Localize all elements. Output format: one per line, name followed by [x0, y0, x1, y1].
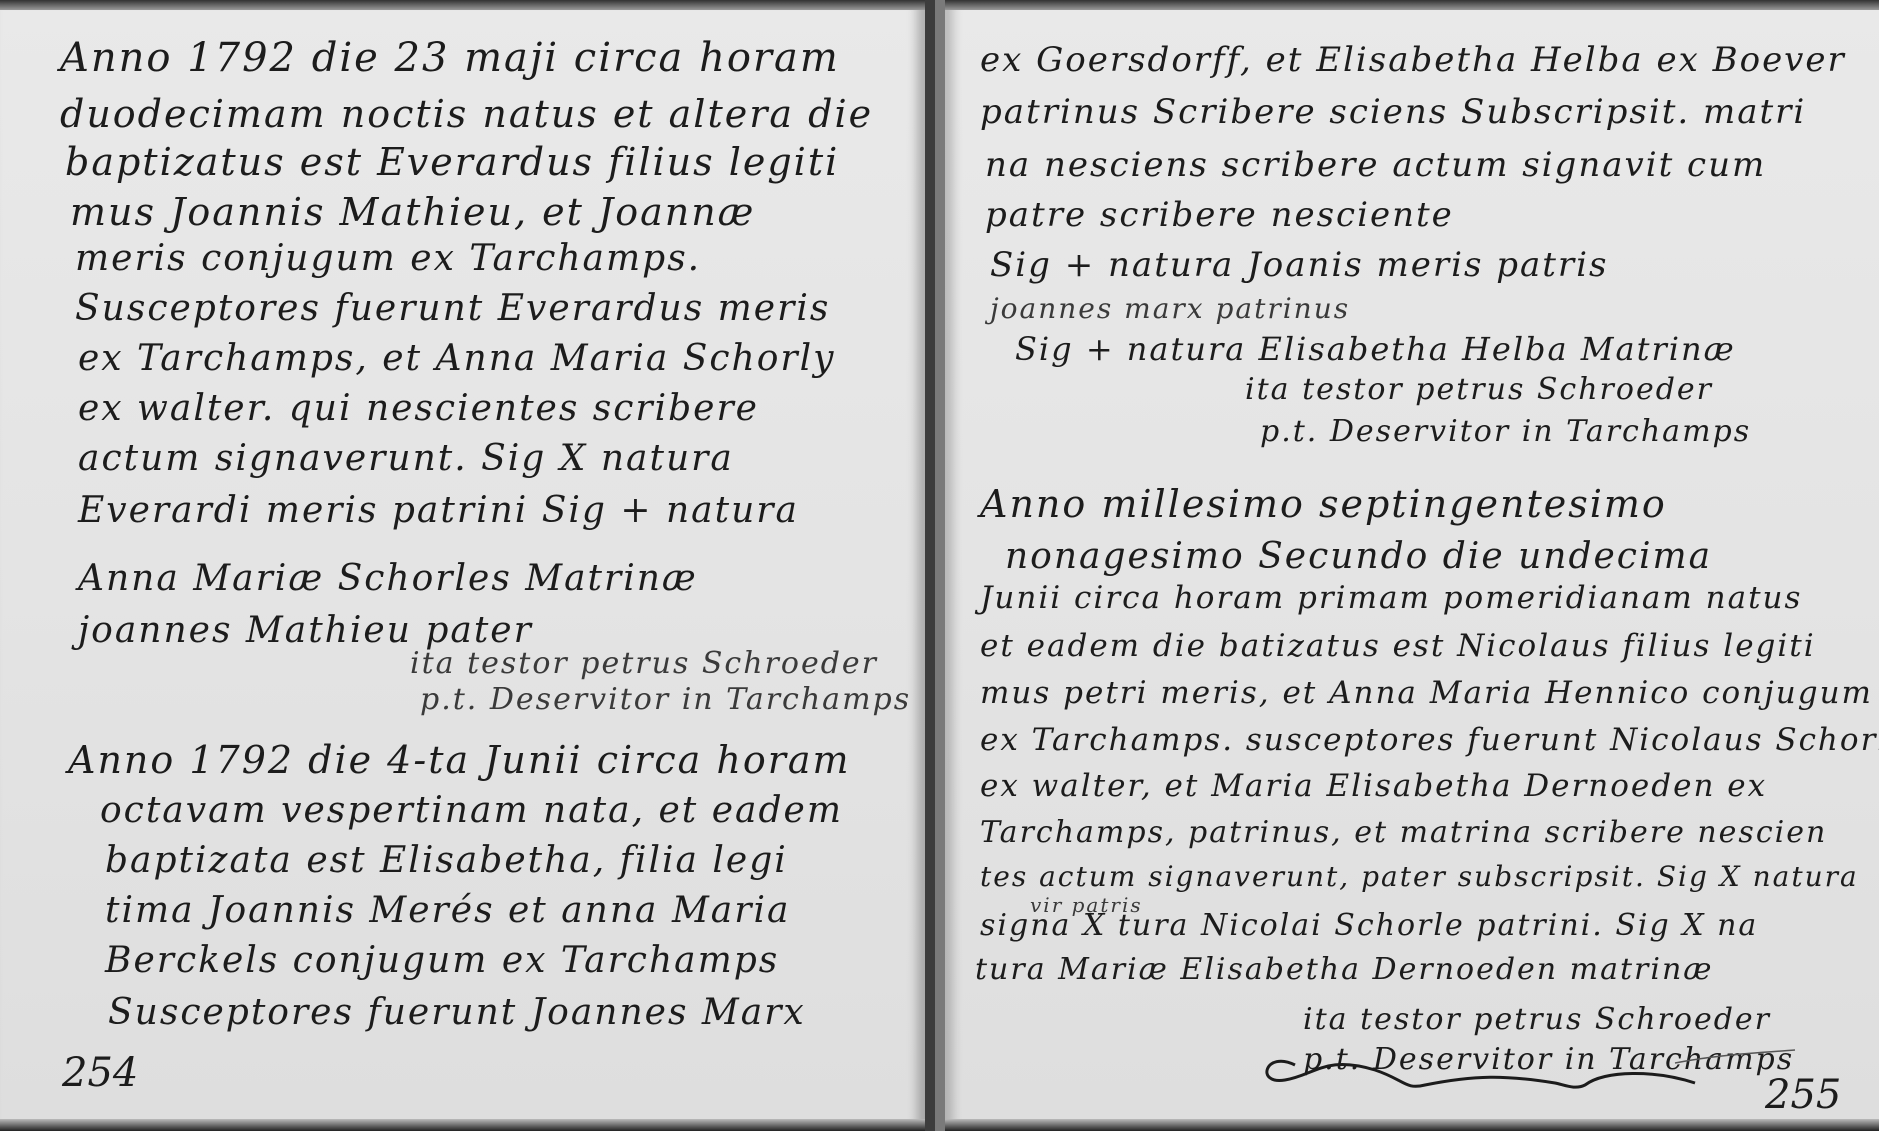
handwritten-line: patrinus Scribere sciens Subscripsit. ma…	[980, 92, 1806, 132]
handwritten-line: ex walter. qui nescientes scribere	[78, 388, 759, 429]
handwritten-line: ex Tarchamps, et Anna Maria Schorly	[78, 338, 835, 379]
handwritten-line: Everardi meris patrini Sig + natura	[78, 490, 799, 531]
left-page: Anno 1792 die 23 maji circa horam duodec…	[0, 0, 931, 1131]
handwritten-line: ex walter, et Maria Elisabetha Dernoeden…	[980, 768, 1767, 804]
handwritten-line: duodecimam noctis natus et altera die	[60, 92, 873, 136]
page-bottom-edge	[945, 1119, 1879, 1131]
handwritten-line: Anno 1792 die 23 maji circa horam	[60, 35, 840, 81]
handwritten-line: Berckels conjugum ex Tarchamps	[105, 940, 779, 981]
page-top-edge	[945, 0, 1879, 10]
page-bottom-edge	[0, 1119, 925, 1131]
handwritten-line: baptizatus est Everardus filius legiti	[65, 140, 839, 184]
handwritten-line: Tarchamps, patrinus, et matrina scribere…	[980, 815, 1827, 850]
handwritten-line: actum signaverunt. Sig X natura	[78, 438, 734, 479]
handwritten-line: tura Mariæ Elisabetha Dernoeden matrinæ	[975, 952, 1713, 987]
signature-line: p.t. Deservitor in Tarchamps	[1260, 414, 1751, 449]
signature-line: joannes marx patrinus	[990, 292, 1350, 325]
flourish-icon	[1255, 1045, 1815, 1095]
handwritten-line: baptizata est Elisabetha, filia legi	[105, 840, 788, 881]
handwritten-line: mus petri meris, et Anna Maria Hennico c…	[980, 675, 1873, 711]
handwritten-line: Susceptores fuerunt Everardus meris	[75, 288, 830, 329]
handwritten-line: Anno 1792 die 4-ta Junii circa horam	[68, 738, 851, 782]
right-page: ex Goersdorff, et Elisabetha Helba ex Bo…	[935, 0, 1879, 1131]
handwritten-line: patre scribere nesciente	[985, 195, 1454, 235]
page-number: 255	[1765, 1072, 1841, 1118]
page-top-edge	[0, 0, 925, 10]
page-number: 254	[62, 1050, 138, 1096]
handwritten-line: tes actum signaverunt, pater subscripsit…	[980, 860, 1859, 893]
handwritten-line: et eadem die batizatus est Nicolaus fili…	[980, 628, 1816, 664]
handwritten-line: Anna Mariæ Schorles Matrinæ	[78, 558, 698, 599]
handwritten-line: Junii circa horam primam pomeridianam na…	[980, 580, 1802, 616]
handwritten-line: Sig + natura Elisabetha Helba Matrinæ	[1015, 330, 1736, 368]
handwritten-line: Sig + natura Joanis meris patris	[990, 245, 1609, 285]
signature-line: ita testor petrus Schroeder	[1303, 1002, 1771, 1037]
handwritten-line: signa X tura Nicolai Schorle patrini. Si…	[980, 908, 1758, 943]
handwritten-line: ex Goersdorff, et Elisabetha Helba ex Bo…	[980, 40, 1846, 80]
signature-line: ita testor petrus Schroeder	[410, 646, 878, 681]
handwritten-line: Susceptores fuerunt Joannes Marx	[108, 992, 806, 1033]
handwritten-line: octavam vespertinam nata, et eadem	[100, 790, 843, 831]
signature-line: p.t. Deservitor in Tarchamps	[420, 682, 911, 717]
handwritten-line: na nesciens scribere actum signavit cum	[985, 145, 1766, 185]
handwritten-line: tima Joannis Merés et anna Maria	[105, 890, 790, 931]
handwritten-line: Anno millesimo septingentesimo	[980, 482, 1667, 526]
handwritten-line: joannes Mathieu pater	[78, 610, 533, 651]
handwritten-line: meris conjugum ex Tarchamps.	[75, 238, 701, 279]
handwritten-line: mus Joannis Mathieu, et Joannæ	[70, 190, 755, 234]
signature-line: ita testor petrus Schroeder	[1245, 372, 1713, 407]
handwritten-line: ex Tarchamps. susceptores fuerunt Nicola…	[980, 722, 1879, 758]
handwritten-line: nonagesimo Secundo die undecima	[1005, 536, 1712, 577]
